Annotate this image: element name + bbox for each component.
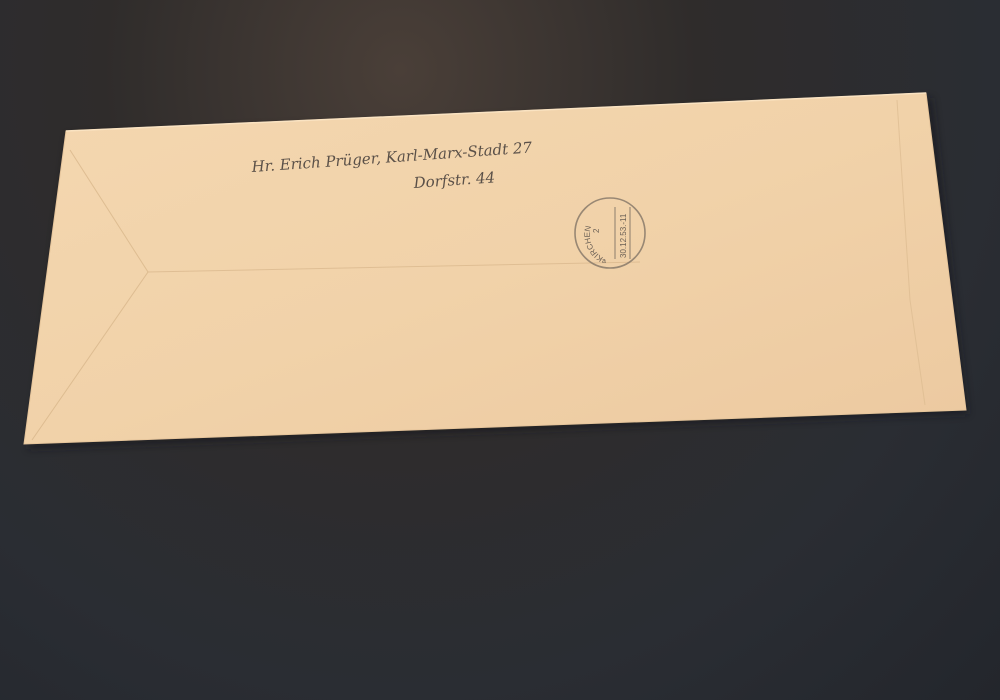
postmark-date: 30.12.53.-11 bbox=[619, 213, 628, 258]
postmark-district: 2 bbox=[592, 228, 601, 233]
envelope: Hr. Erich Prüger, Karl-Marx-Stadt 27 Dor… bbox=[24, 93, 966, 444]
photo-scene: Hr. Erich Prüger, Karl-Marx-Stadt 27 Dor… bbox=[0, 0, 1000, 700]
postmark-letter: a bbox=[602, 258, 606, 265]
